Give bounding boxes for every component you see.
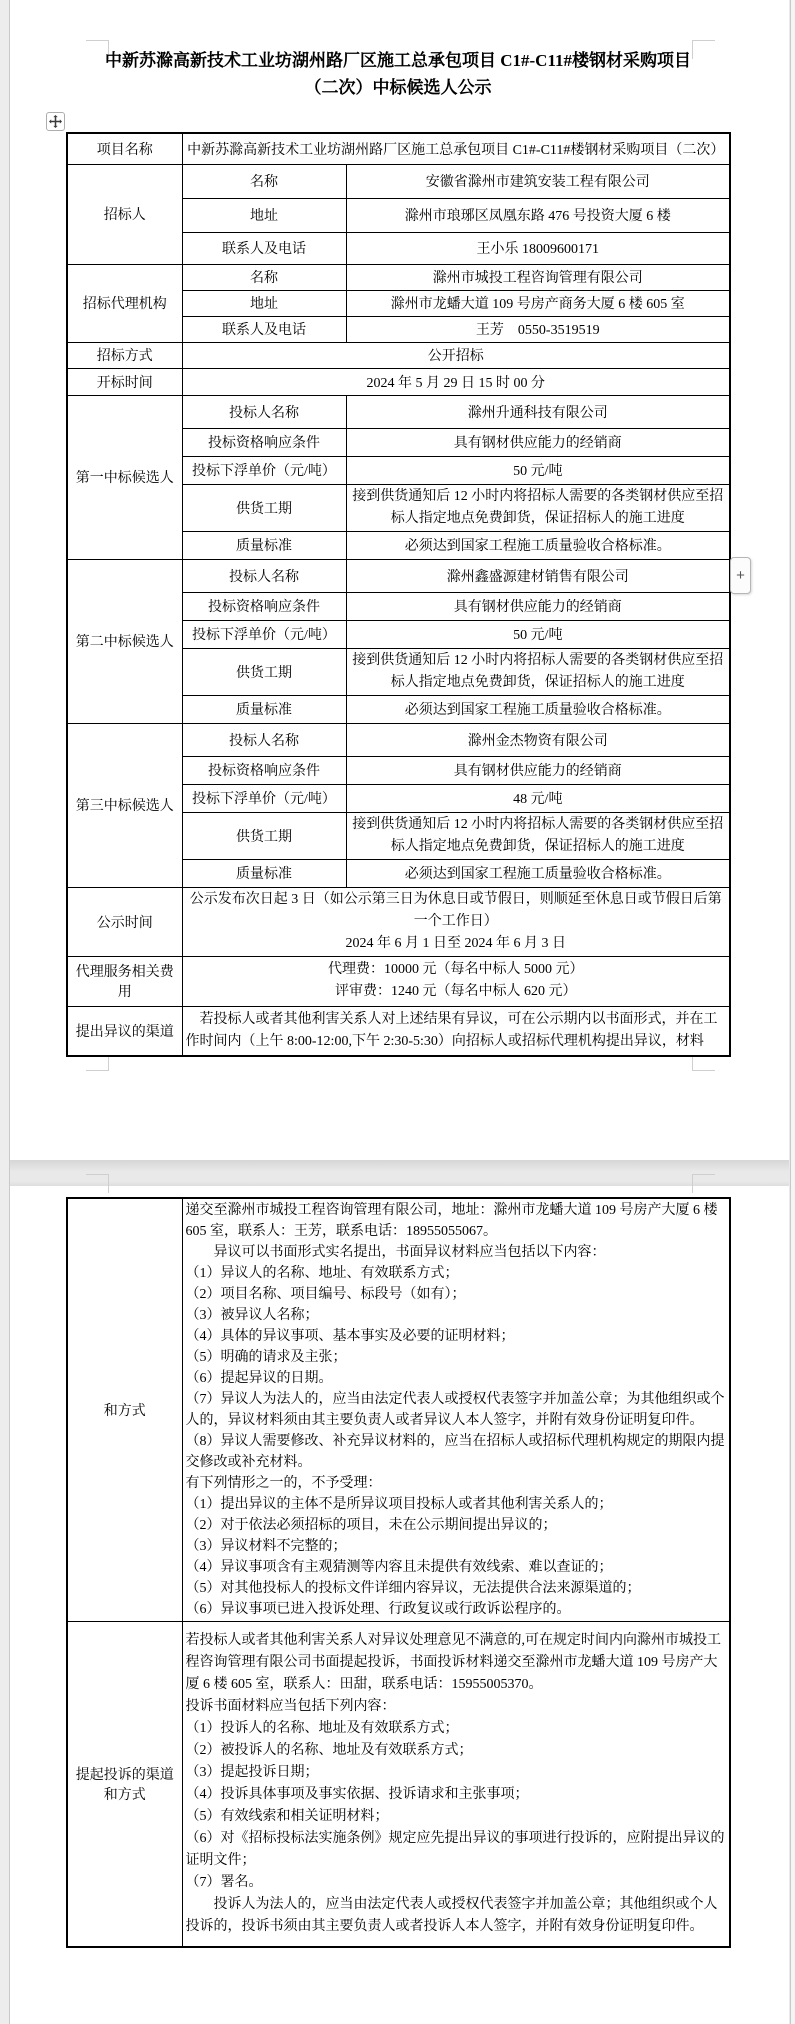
agency-address-value: 滁州市龙蟠大道 109 号房产商务大厦 6 楼 605 室: [346, 290, 730, 316]
candidate1-qualification-value: 具有钢材供应能力的经销商: [346, 428, 730, 456]
candidate1-price-value: 50 元/吨: [346, 456, 730, 484]
move-arrows-icon: [49, 115, 62, 128]
project-name-value: 中新苏滁高新技术工业坊湖州路厂区施工总承包项目 C1#-C11#楼钢材采购项目（…: [182, 133, 730, 164]
candidate1-quality-label: 质量标准: [182, 531, 346, 559]
complaint-channel-label: 提起投诉的渠道和方式: [67, 1622, 182, 1947]
candidate1-name-label: 投标人名称: [182, 395, 346, 428]
table-move-handle[interactable]: [46, 112, 65, 131]
word-processor-canvas: { "document": { "title": "中新苏滁高新技术工业坊湖州路…: [0, 0, 795, 2024]
candidate3-quality-value: 必须达到国家工程施工质量验收合格标准。: [346, 859, 730, 887]
candidate3-price-value: 48 元/吨: [346, 784, 730, 812]
document-title: 中新苏滁高新技术工业坊湖州路厂区施工总承包项目 C1#-C11#楼钢材采购项目（…: [98, 47, 698, 101]
candidate2-delivery-label: 供货工期: [182, 648, 346, 695]
candidate2-quality-value: 必须达到国家工程施工质量验收合格标准。: [346, 695, 730, 723]
open-time-label: 开标时间: [67, 368, 182, 395]
tenderee-name-value: 安徽省滁州市建筑安装工程有限公司: [346, 164, 730, 198]
agency-contact-value: 王芳 0550-3519519: [346, 316, 730, 342]
candidate3-label: 第三中标候选人: [67, 723, 182, 887]
margin-mark-icon: [86, 1174, 109, 1193]
candidate1-price-label: 投标下浮单价（元/吨）: [182, 456, 346, 484]
margin-mark-icon: [692, 1174, 715, 1193]
agency-fees-label: 代理服务相关费用: [67, 956, 182, 1006]
candidate2-qualification-value: 具有钢材供应能力的经销商: [346, 592, 730, 620]
candidate2-price-value: 50 元/吨: [346, 620, 730, 648]
open-time-value: 2024 年 5 月 29 日 15 时 00 分: [182, 368, 730, 395]
candidate2-price-label: 投标下浮单价（元/吨）: [182, 620, 346, 648]
candidate3-delivery-value: 接到供货通知后 12 小时内将招标人需要的各类钢材供应至招标人指定地点免费卸货，…: [346, 812, 730, 859]
candidate3-delivery-label: 供货工期: [182, 812, 346, 859]
candidate2-quality-label: 质量标准: [182, 695, 346, 723]
complaint-channel-value: 若投标人或者其他利害关系人对异议处理意见不满意的,可在规定时间内向滁州市城投工程…: [182, 1622, 730, 1947]
candidate3-qualification-value: 具有钢材供应能力的经销商: [346, 756, 730, 784]
objection-method-value: 递交至滁州市城投工程咨询管理有限公司，地址：滁州市龙蟠大道 109 号房产大厦 …: [182, 1198, 730, 1622]
candidate1-name-value: 滁州升通科技有限公司: [346, 395, 730, 428]
candidate3-name-label: 投标人名称: [182, 723, 346, 756]
candidate2-delivery-value: 接到供货通知后 12 小时内将招标人需要的各类钢材供应至招标人指定地点免费卸货，…: [346, 648, 730, 695]
page-break-gap: [10, 1160, 789, 1186]
canvas-right-margin: [790, 0, 795, 2024]
candidate1-delivery-label: 供货工期: [182, 484, 346, 531]
candidate1-label: 第一中标候选人: [67, 395, 182, 559]
bid-announcement-table: 项目名称 中新苏滁高新技术工业坊湖州路厂区施工总承包项目 C1#-C11#楼钢材…: [66, 132, 731, 1057]
publicity-time-label: 公示时间: [67, 887, 182, 956]
tenderee-label: 招标人: [67, 164, 182, 264]
candidate2-label: 第二中标候选人: [67, 559, 182, 723]
candidate2-qualification-label: 投标资格响应条件: [182, 592, 346, 620]
objection-channel-label: 提出异议的渠道: [67, 1006, 182, 1056]
bid-announcement-table-continued: 和方式 递交至滁州市城投工程咨询管理有限公司，地址：滁州市龙蟠大道 109 号房…: [66, 1197, 731, 1948]
agency-contact-label: 联系人及电话: [182, 316, 346, 342]
agency-fees-value: 代理费：10000 元（每名中标人 5000 元） 评审费：1240 元（每名中…: [182, 956, 730, 1006]
candidate1-qualification-label: 投标资格响应条件: [182, 428, 346, 456]
canvas-left-margin: [0, 0, 10, 2024]
candidate3-name-value: 滁州金杰物资有限公司: [346, 723, 730, 756]
tenderee-contact-value: 王小乐 18009600171: [346, 232, 730, 264]
objection-method-label: 和方式: [67, 1198, 182, 1622]
method-label: 招标方式: [67, 342, 182, 368]
candidate3-qualification-label: 投标资格响应条件: [182, 756, 346, 784]
publicity-time-value: 公示发布次日起 3 日（如公示第三日为休息日或节假日，则顺延至休息日或节假日后第…: [182, 887, 730, 956]
agency-name-label: 名称: [182, 264, 346, 290]
candidate1-delivery-value: 接到供货通知后 12 小时内将招标人需要的各类钢材供应至招标人指定地点免费卸货，…: [346, 484, 730, 531]
agency-label: 招标代理机构: [67, 264, 182, 342]
tenderee-address-label: 地址: [182, 198, 346, 232]
agency-name-value: 滁州市城投工程咨询管理有限公司: [346, 264, 730, 290]
tenderee-name-label: 名称: [182, 164, 346, 198]
objection-channel-value: 若投标人或者其他利害关系人对上述结果有异议，可在公示期内以书面形式，并在工作时间…: [182, 1006, 730, 1056]
agency-address-label: 地址: [182, 290, 346, 316]
candidate3-price-label: 投标下浮单价（元/吨）: [182, 784, 346, 812]
candidate1-quality-value: 必须达到国家工程施工质量验收合格标准。: [346, 531, 730, 559]
candidate2-name-value: 滁州鑫盛源建材销售有限公司: [346, 559, 730, 592]
candidate3-quality-label: 质量标准: [182, 859, 346, 887]
method-value: 公开招标: [182, 342, 730, 368]
tenderee-contact-label: 联系人及电话: [182, 232, 346, 264]
project-name-label: 项目名称: [67, 133, 182, 164]
candidate2-name-label: 投标人名称: [182, 559, 346, 592]
plus-button[interactable]: +: [730, 557, 751, 594]
tenderee-address-value: 滁州市琅琊区凤凰东路 476 号投资大厦 6 楼: [346, 198, 730, 232]
